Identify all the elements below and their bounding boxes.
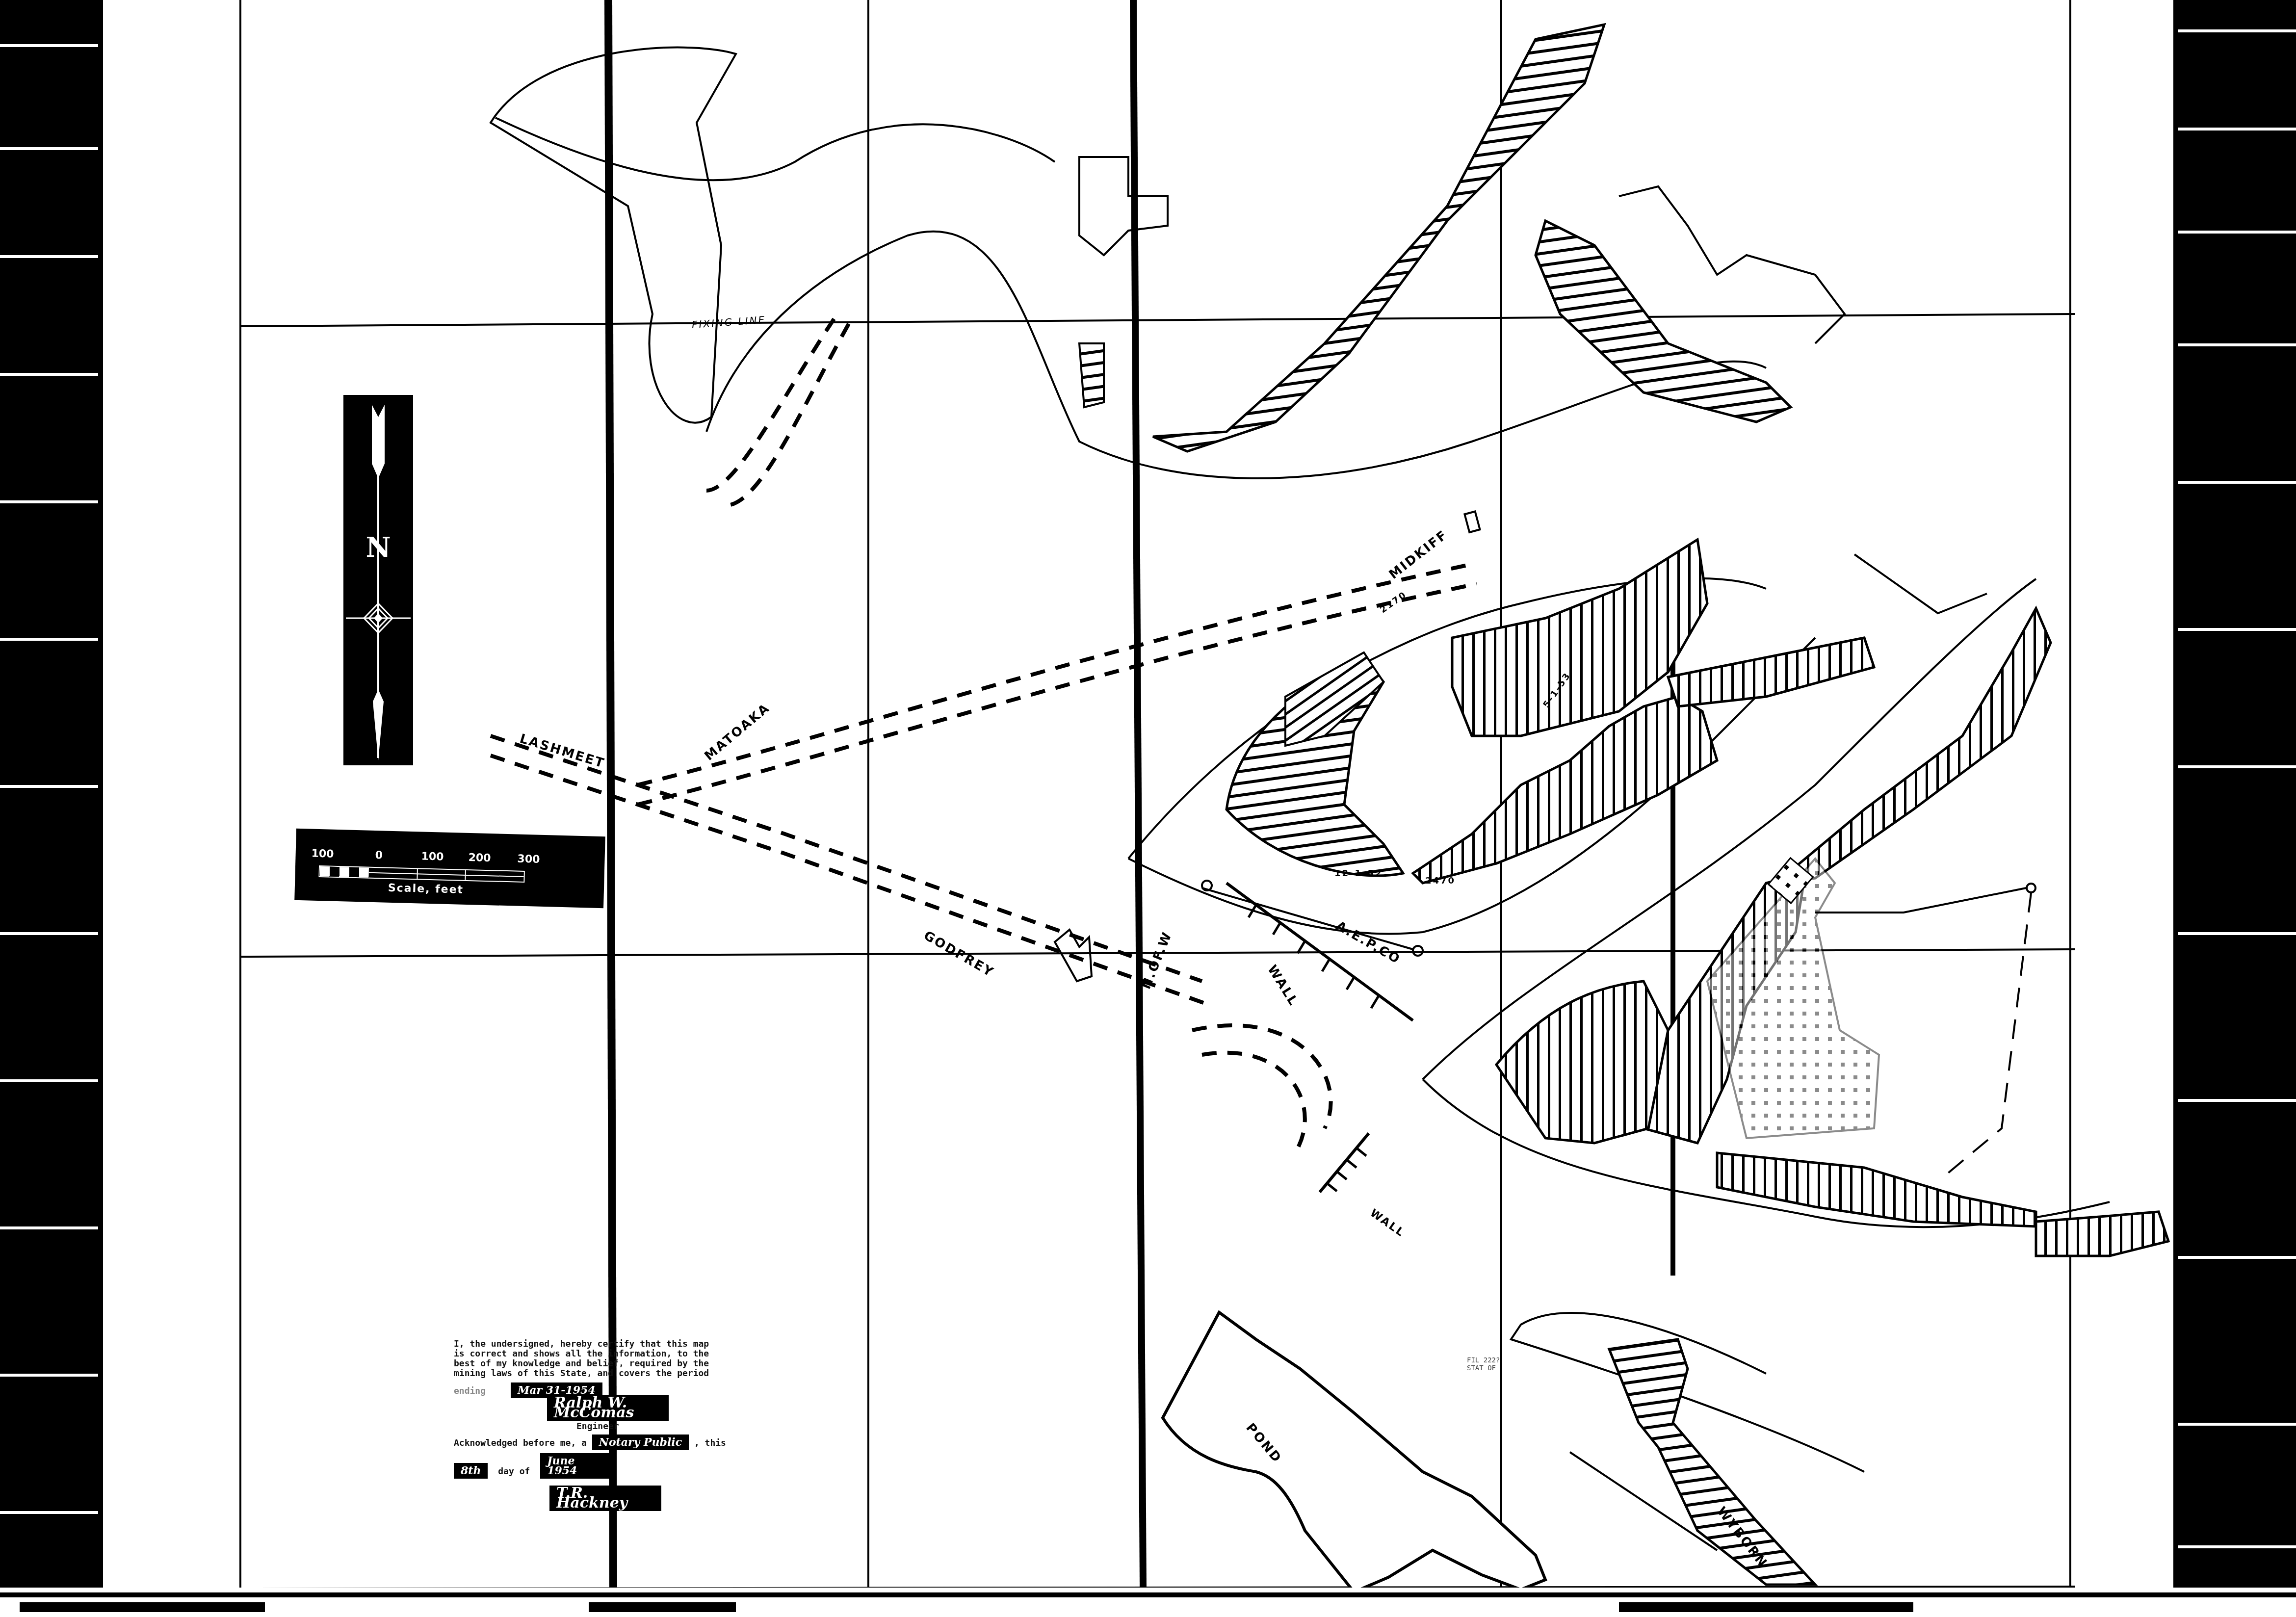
mine-map-drawing: [0, 0, 2296, 1617]
svg-text:N: N: [365, 531, 391, 564]
ack-suffix: , this: [694, 1438, 726, 1448]
scale-tick: 0: [375, 849, 383, 861]
scale-tick: 100: [421, 850, 444, 863]
cert-line: mining laws of this State, and covers th…: [454, 1369, 827, 1379]
notary-title: Notary Public: [592, 1434, 689, 1450]
scale-bar: 100 0 100 200 300 Scale, feet: [294, 829, 605, 908]
cert-line: I, the undersigned, hereby certify that …: [454, 1339, 827, 1349]
scale-tick: 200: [468, 852, 491, 864]
cert-line: is correct and shows all the information…: [454, 1349, 827, 1359]
month-year: June 1954: [540, 1453, 613, 1479]
scale-caption: Scale, feet: [388, 882, 464, 896]
day-of-label: day of: [498, 1466, 530, 1477]
north-arrow-icon: N: [343, 395, 413, 765]
north-arrow: N: [343, 395, 413, 765]
ack-prefix: Acknowledged before me, a: [454, 1438, 587, 1448]
certification-block: I, the undersigned, hereby certify that …: [454, 1339, 827, 1511]
scale-graduations: [318, 865, 524, 883]
stamp-line: FIL 222?: [1467, 1356, 1500, 1364]
cert-line: best of my knowledge and belief, require…: [454, 1359, 827, 1369]
scale-tick: 300: [517, 853, 540, 866]
notary-signature: T.R. Hackney: [549, 1486, 661, 1511]
ending-label: ending: [454, 1386, 486, 1396]
filing-stamp: FIL 222? STAT OF: [1467, 1356, 1500, 1372]
label-elevation: 2470: [1425, 876, 1456, 886]
scale-tick: 100: [311, 848, 334, 861]
engineer-signature: Ralph W. McComas: [547, 1395, 669, 1421]
stamp-line: STAT OF: [1467, 1364, 1500, 1372]
day-value: 8th: [454, 1463, 488, 1479]
label-date: 12-1-52: [1334, 868, 1383, 879]
scan-border-bottom: [0, 1588, 2296, 1617]
engineer-label: Engineer: [576, 1422, 827, 1432]
